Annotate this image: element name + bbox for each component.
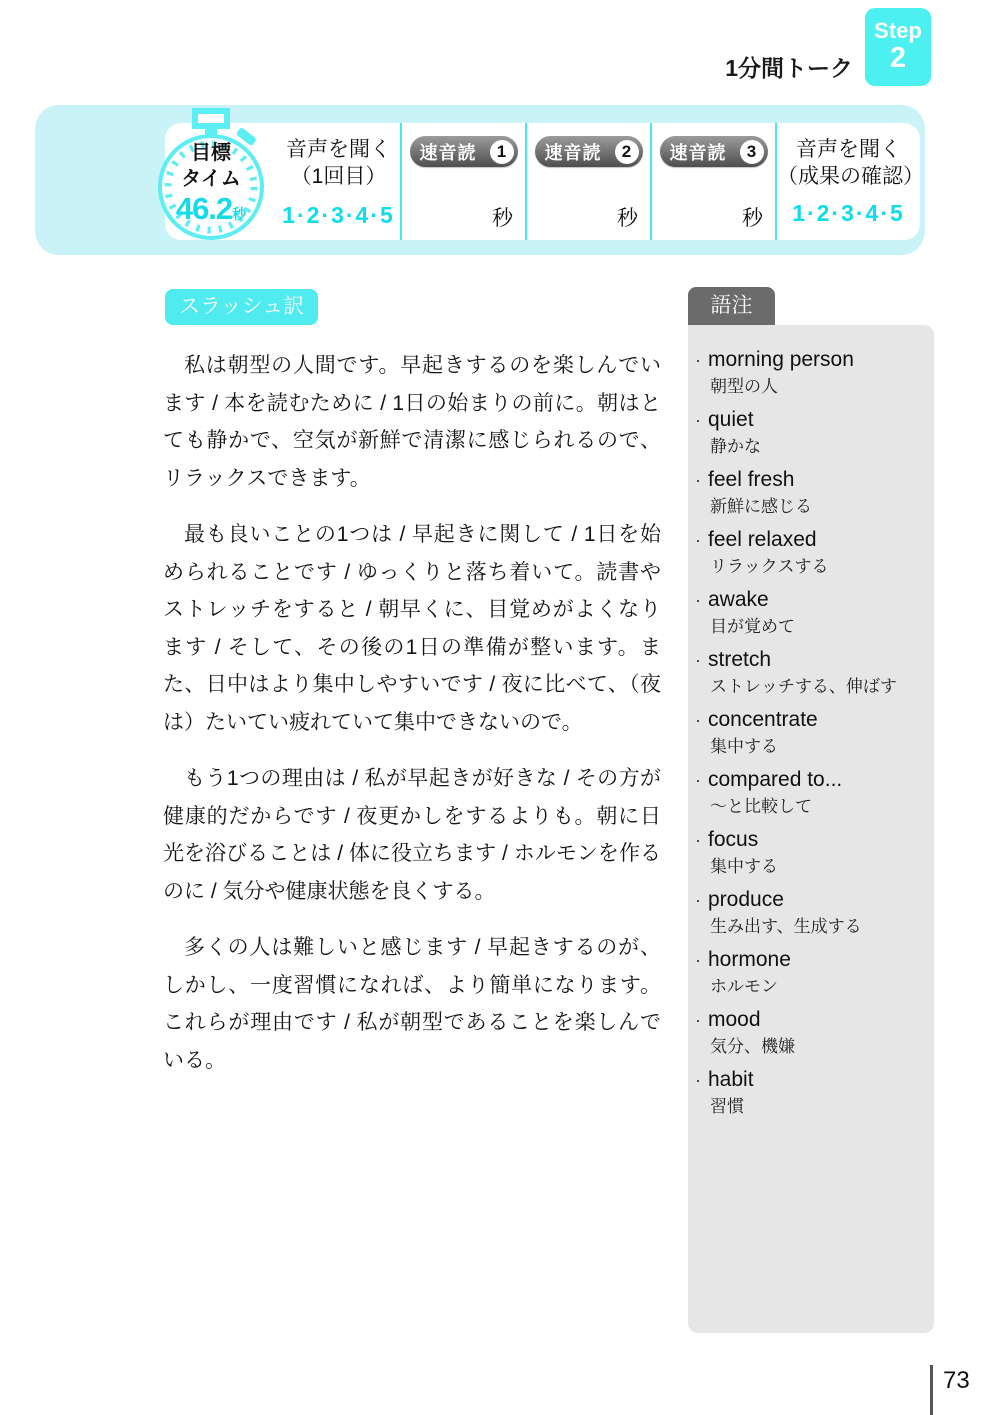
vocab-item: · produce 生み出す、生成する: [695, 886, 926, 938]
goal-time-number: 46.2: [176, 191, 232, 226]
listen-first-block: 音声を聞く （1回目） 1·2·3·4·5: [277, 123, 400, 240]
goal-time-section: 目標 タイム 46.2秒: [165, 123, 277, 240]
slash-translation-badge: スラッシュ訳: [165, 289, 318, 325]
speed-read-number-1: 1: [490, 140, 514, 164]
vocab-term: habit: [708, 1066, 754, 1093]
bullet-dot: ·: [695, 527, 708, 554]
vocab-term-row: · mood: [695, 1006, 926, 1034]
page-number: 73: [943, 1367, 970, 1395]
speed-read-label-1: 速音読: [420, 139, 477, 165]
listen-final-scale: 1·2·3·4·5: [792, 200, 905, 227]
listen-first-title-line: 音声を聞く: [286, 136, 391, 163]
vocab-item: · compared to... ～と比較して: [695, 766, 926, 818]
vocab-item: · stretch ストレッチする、伸ばす: [695, 646, 926, 698]
bullet-dot: ·: [695, 647, 708, 674]
vocab-item: · feel relaxed リラックスする: [695, 526, 926, 578]
vocab-term: feel relaxed: [708, 526, 817, 553]
vocab-gloss: 集中する: [695, 855, 926, 878]
vocab-term: produce: [708, 886, 784, 913]
vocab-term: awake: [708, 586, 769, 613]
speed-read-unit-1: 秒: [492, 202, 513, 232]
speed-read-label-3: 速音読: [670, 139, 727, 165]
step-badge: Step 2: [865, 8, 931, 86]
paragraph-2: 最も良いことの1つは / 早起きに関して / 1日を始められることです / ゆっ…: [163, 516, 661, 741]
timer-bar: 目標 タイム 46.2秒 音声を聞く （1回目） 1·2·3·4·5 速音読 1: [35, 105, 925, 255]
bullet-dot: ·: [695, 1007, 708, 1034]
vocab-term-row: · feel fresh: [695, 466, 926, 494]
vocab-gloss: 習慣: [695, 1095, 926, 1118]
speed-read-unit-3: 秒: [742, 202, 763, 232]
bullet-dot: ·: [695, 887, 708, 914]
vocab-term: concentrate: [708, 706, 818, 733]
listen-first-section: 音声を聞く （1回目） 1·2·3·4·5: [277, 123, 400, 240]
vocab-gloss: ～と比較して: [695, 795, 926, 818]
vocab-gloss: 気分、機嫌: [695, 1035, 926, 1058]
vocab-term: quiet: [708, 406, 754, 433]
paragraph-1: 私は朝型の人間です。早起きするのを楽しんでいます / 本を読むために / 1日の…: [163, 347, 661, 497]
vocab-term-row: · concentrate: [695, 706, 926, 734]
vocab-term: compared to...: [708, 766, 842, 793]
vocab-term-row: · feel relaxed: [695, 526, 926, 554]
vocab-item: · focus 集中する: [695, 826, 926, 878]
bullet-dot: ·: [695, 347, 708, 374]
bullet-dot: ·: [695, 827, 708, 854]
bullet-dot: ·: [695, 587, 708, 614]
glossary-badge: 語注: [688, 287, 775, 325]
vocab-item: · feel fresh 新鮮に感じる: [695, 466, 926, 518]
slash-translation-text: 私は朝型の人間です。早起きするのを楽しんでいます / 本を読むために / 1日の…: [163, 347, 661, 1098]
vocab-item: · quiet 静かな: [695, 406, 926, 458]
bullet-dot: ·: [695, 767, 708, 794]
vocab-term: focus: [708, 826, 758, 853]
speed-read-badge-1: 速音読 1: [410, 136, 518, 167]
listen-first-title: 音声を聞く （1回目）: [286, 136, 391, 190]
vocab-item: · awake 目が覚めて: [695, 586, 926, 638]
vocab-item: · concentrate 集中する: [695, 706, 926, 758]
step-number: 2: [865, 43, 931, 75]
vocab-term-row: · hormone: [695, 946, 926, 974]
bullet-dot: ·: [695, 1067, 708, 1094]
goal-title-line1: 目標: [152, 140, 270, 166]
goal-time-title: 目標 タイム: [152, 140, 270, 192]
vocab-term-row: · morning person: [695, 346, 926, 374]
vocab-gloss: リラックスする: [695, 555, 926, 578]
listen-final-title: 音声を聞く （成果の確認）: [777, 136, 920, 190]
paragraph-4: 多くの人は難しいと感じます / 早起きするのが、しかし、一度習慣になれば、より簡…: [163, 929, 661, 1079]
listen-first-subtitle: （1回目）: [286, 163, 391, 190]
listen-final-subtitle: （成果の確認）: [777, 163, 920, 190]
page-number-rule: [930, 1365, 933, 1415]
step-label: Step: [865, 19, 931, 43]
vocab-term: mood: [708, 1006, 761, 1033]
speed-read-number-3: 3: [740, 140, 764, 164]
speed-read-section-2: 速音読 2 秒: [525, 123, 650, 240]
vocab-item: · habit 習慣: [695, 1066, 926, 1118]
vocab-term-row: · quiet: [695, 406, 926, 434]
speed-read-section-3: 速音読 3 秒: [650, 123, 775, 240]
vocab-term-row: · habit: [695, 1066, 926, 1094]
bullet-dot: ·: [695, 947, 708, 974]
vocab-item: · mood 気分、機嫌: [695, 1006, 926, 1058]
speed-read-badge-3: 速音読 3: [660, 136, 768, 167]
glossary-panel: 語注 · morning person 朝型の人 · quiet 静かな · f…: [688, 287, 934, 1333]
section-title: 1分間トーク: [725, 50, 853, 83]
goal-title-line2: タイム: [152, 166, 270, 192]
speed-read-section-1: 速音読 1 秒: [400, 123, 525, 240]
stopwatch-icon: 目標 タイム 46.2秒: [152, 107, 270, 241]
timer-panel: 目標 タイム 46.2秒 音声を聞く （1回目） 1·2·3·4·5 速音読 1: [165, 123, 920, 240]
vocab-gloss: 目が覚めて: [695, 615, 926, 638]
vocab-term: morning person: [708, 346, 854, 373]
goal-time-unit: 秒: [232, 206, 246, 222]
vocab-term-row: · produce: [695, 886, 926, 914]
listen-final-block: 音声を聞く （成果の確認） 1·2·3·4·5: [777, 123, 920, 240]
vocab-item: · hormone ホルモン: [695, 946, 926, 998]
bullet-dot: ·: [695, 467, 708, 494]
vocab-term-row: · focus: [695, 826, 926, 854]
vocab-term-row: · stretch: [695, 646, 926, 674]
speed-read-number-2: 2: [615, 140, 639, 164]
vocab-gloss: 静かな: [695, 435, 926, 458]
vocab-gloss: 生み出す、生成する: [695, 915, 926, 938]
vocab-gloss: 新鮮に感じる: [695, 495, 926, 518]
vocab-gloss: ストレッチする、伸ばす: [695, 675, 926, 698]
speed-read-unit-2: 秒: [617, 202, 638, 232]
vocab-term: stretch: [708, 646, 771, 673]
listen-first-scale: 1·2·3·4·5: [282, 202, 395, 229]
vocab-item: · morning person 朝型の人: [695, 346, 926, 398]
vocab-term-row: · compared to...: [695, 766, 926, 794]
vocab-term-row: · awake: [695, 586, 926, 614]
bullet-dot: ·: [695, 707, 708, 734]
vocab-gloss: 集中する: [695, 735, 926, 758]
goal-time-value: 46.2秒: [152, 191, 270, 227]
paragraph-3: もう1つの理由は / 私が早起きが好きな / その方が健康的だからです / 夜更…: [163, 760, 661, 910]
vocab-gloss: ホルモン: [695, 975, 926, 998]
listen-final-section: 音声を聞く （成果の確認） 1·2·3·4·5: [775, 123, 920, 240]
vocab-term: hormone: [708, 946, 791, 973]
bullet-dot: ·: [695, 407, 708, 434]
glossary-box: · morning person 朝型の人 · quiet 静かな · feel…: [688, 325, 934, 1333]
speed-read-label-2: 速音読: [545, 139, 602, 165]
vocab-term: feel fresh: [708, 466, 794, 493]
vocab-gloss: 朝型の人: [695, 375, 926, 398]
speed-read-badge-2: 速音読 2: [535, 136, 643, 167]
listen-final-title-line: 音声を聞く: [777, 136, 920, 163]
